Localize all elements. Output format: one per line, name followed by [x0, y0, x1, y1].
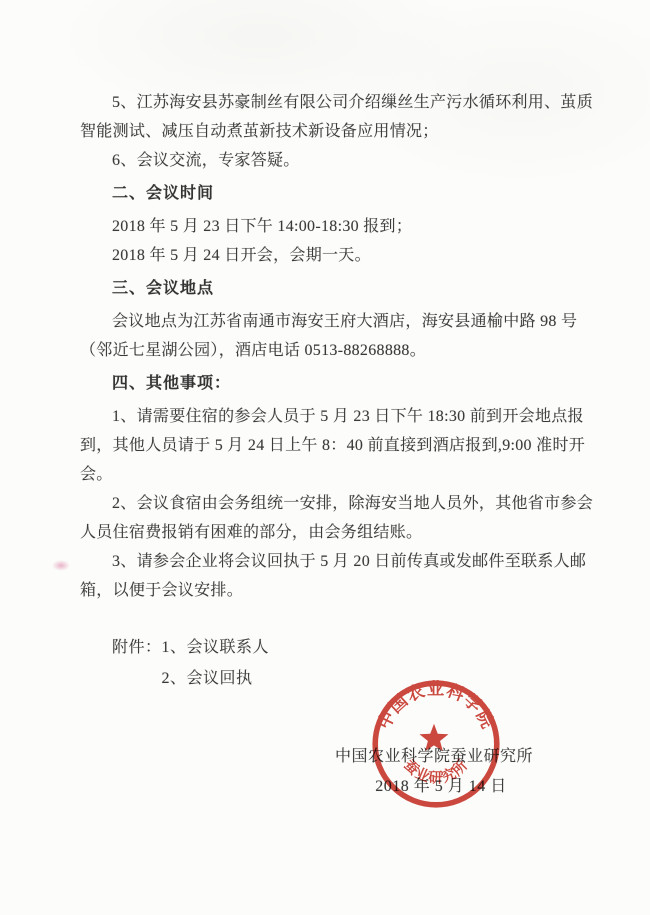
seal-star-icon: [419, 724, 448, 751]
meeting-time-line-1: 2018 年 5 月 23 日下午 14:00-18:30 报到；: [80, 212, 594, 241]
attachment-item-reply-slip: 2、会议回执: [162, 663, 270, 694]
seal-bottom-text: 蚕业研究所: [400, 756, 471, 786]
other-matter-item-2: 2、会议食宿由会务组统一安排，除海安当地人员外，其他省市参会人员住宿费报销有困难…: [80, 489, 594, 547]
meeting-time-line-2: 2018 年 5 月 24 日开会，会期一天。: [80, 241, 594, 270]
official-seal: 中国农业科学院 蚕业研究所: [360, 668, 512, 820]
meeting-location-text: 会议地点为江苏省南通市海安王府大酒店，海安县通榆中路 98 号（邻近七星湖公园）…: [80, 307, 594, 365]
agenda-item-6: 6、会议交流，专家答疑。: [80, 146, 594, 175]
attachment-item-contacts: 1、会议联系人: [162, 632, 270, 663]
svg-text:蚕业研究所: 蚕业研究所: [400, 756, 471, 786]
document-body: 5、江苏海安县苏豪制丝有限公司介绍缫丝生产污水循环利用、茧质智能测试、减压自动煮…: [80, 88, 594, 694]
section-heading-other-matters: 四、其他事项：: [80, 369, 594, 398]
other-matter-item-3: 3、请参会企业将会议回执于 5 月 20 日前传真或发邮件至联系人邮箱，以便于会…: [80, 547, 594, 605]
scan-artifact-mark: [52, 560, 70, 571]
agenda-item-5: 5、江苏海安县苏豪制丝有限公司介绍缫丝生产污水循环利用、茧质智能测试、减压自动煮…: [80, 88, 594, 146]
attachments-list: 1、会议联系人 2、会议回执: [162, 632, 270, 694]
svg-text:中国农业科学院: 中国农业科学院: [373, 679, 498, 732]
scanned-document-page: 5、江苏海安县苏豪制丝有限公司介绍缫丝生产污水循环利用、茧质智能测试、减压自动煮…: [0, 0, 650, 915]
seal-top-text: 中国农业科学院: [373, 679, 498, 732]
attachments-label: 附件：: [112, 632, 162, 694]
other-matter-item-1: 1、请需要住宿的参会人员于 5 月 23 日下午 18:30 前到开会地点报到，…: [80, 402, 594, 489]
section-heading-meeting-location: 三、会议地点: [80, 274, 594, 303]
attachments-block: 附件： 1、会议联系人 2、会议回执: [80, 632, 594, 694]
section-heading-meeting-time: 二、会议时间: [80, 179, 594, 208]
